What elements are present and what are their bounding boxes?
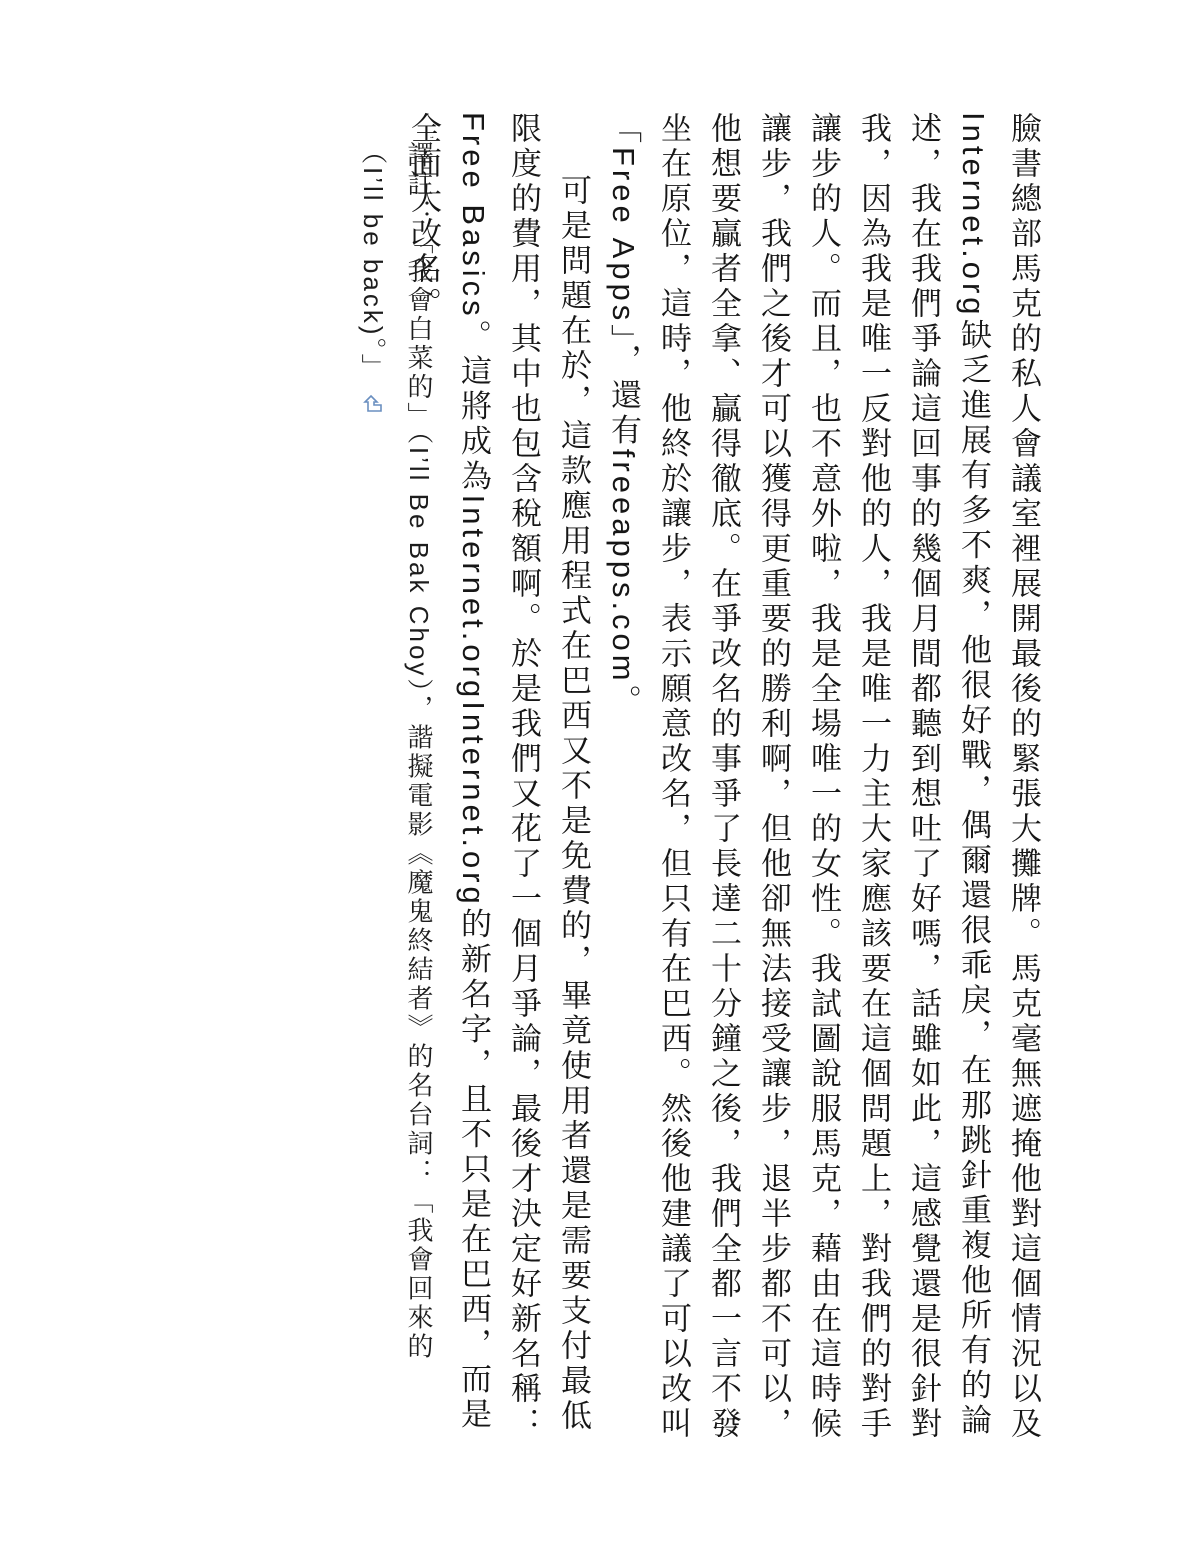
footnote-text: 譯註：「我會白菜的」（I’ll Be Bak Choy），諧擬電影《魔鬼終結者》… xyxy=(358,138,434,1361)
main-text-block: 臉書總部馬克的私人會議室裡展開最後的緊張大攤牌。馬克毫無遮掩他對這個情況以及In… xyxy=(398,112,1048,1460)
footnote-paragraph: ʼ譯註：「我會白菜的」（I’ll Be Bak Choy），諧擬電影《魔鬼終結者… xyxy=(350,138,442,1423)
footnote-ref-marker: ʼ xyxy=(421,136,436,139)
paragraph-1: 臉書總部馬克的私人會議室裡展開最後的緊張大攤牌。馬克毫無遮掩他對這個情況以及In… xyxy=(598,112,1048,1460)
return-to-text-icon[interactable] xyxy=(361,393,385,417)
translator-footnote: ʼ譯註：「我會白菜的」（I’ll Be Bak Choy），諧擬電影《魔鬼終結者… xyxy=(350,138,442,1423)
